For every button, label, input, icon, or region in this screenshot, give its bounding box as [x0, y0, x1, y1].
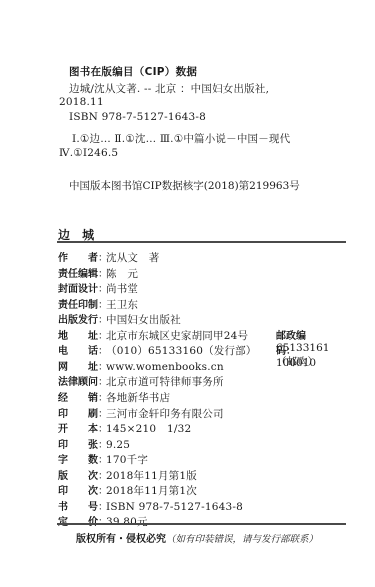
colon: ： — [98, 451, 106, 466]
label-char: 任 — [68, 265, 78, 280]
colophon-row: 出版发行：中国妇女出版社 — [58, 311, 181, 325]
colon: ： — [98, 482, 106, 497]
colophon-value: （010）65133160（发行部） — [106, 343, 257, 358]
label-char: 设 — [78, 280, 88, 295]
colophon-label: 出版发行 — [58, 311, 98, 326]
colophon-label: 地址 — [58, 327, 98, 342]
colon: ： — [98, 389, 106, 404]
top-divider — [57, 241, 346, 243]
colon: ： — [98, 296, 106, 311]
colon: ： — [98, 436, 106, 451]
bottom-divider — [57, 523, 346, 525]
extra-value: 65133161（邮购） — [276, 342, 329, 368]
label-char: 律 — [68, 373, 78, 388]
colophon-value: 145×210 1/32 — [106, 421, 191, 436]
label-char: 字 — [58, 451, 68, 466]
label-char: 责 — [58, 296, 68, 311]
colophon-row: 电话：（010）65133160（发行部）65133161（邮购） — [58, 342, 257, 356]
colophon-label: 责任编辑 — [58, 265, 98, 280]
colophon-value: 9.25 — [106, 439, 130, 451]
colophon-row: 责任印制：王卫东 — [58, 296, 138, 310]
colophon-row: 定价：39.80元 — [58, 513, 148, 527]
copyright-note: （如有印装错误，请与发行部联系） — [166, 534, 318, 545]
colophon-value: 尚书堂 — [106, 281, 138, 296]
colophon-value: 170千字 — [106, 452, 148, 467]
colophon-label: 开本 — [58, 420, 98, 435]
label-char: 数 — [88, 451, 98, 466]
colophon-label: 印张 — [58, 436, 98, 451]
colophon-value: 2018年11月第1版 — [106, 468, 197, 483]
label-char: 号 — [88, 498, 98, 513]
colophon-value: 2018年11月第1次 — [106, 483, 197, 498]
colophon-label: 印次 — [58, 482, 98, 497]
label-char: 印 — [58, 436, 68, 451]
colon: ： — [98, 342, 106, 357]
colophon-value: 沈从文 著 — [106, 250, 160, 265]
colophon-label: 字数 — [58, 451, 98, 466]
colophon-row: 印次：2018年11月第1次 — [58, 482, 197, 496]
colophon-value: 各地新华书店 — [106, 390, 170, 405]
colophon-label: 责任印制 — [58, 296, 98, 311]
colon: ： — [98, 498, 106, 513]
label-char: 顾 — [78, 373, 88, 388]
colophon-row: 印张：9.25 — [58, 436, 130, 450]
colophon-label: 印刷 — [58, 405, 98, 420]
cip-classification-line: Ⅳ.①I246.5 — [59, 147, 118, 159]
colophon-value: 三河市金轩印务有限公司 — [106, 406, 224, 421]
label-char: 销 — [88, 389, 98, 404]
colophon-value: 陈 元 — [106, 266, 138, 281]
colophon-row: 经销：各地新华书店 — [58, 389, 170, 403]
colophon-label: 版次 — [58, 467, 98, 482]
colon: ： — [98, 467, 106, 482]
colophon-label: 经销 — [58, 389, 98, 404]
colon: ： — [98, 265, 106, 280]
label-char: 行 — [88, 311, 98, 326]
colophon-value: 北京市道可特律师事务所 — [106, 374, 224, 389]
copyright-notice: 版权所有・侵权必究（如有印装错误，请与发行部联系） — [76, 530, 318, 545]
label-char: 发 — [78, 311, 88, 326]
label-char: 制 — [88, 296, 98, 311]
label-char: 辑 — [88, 265, 98, 280]
colophon-row: 网址：www.womenbooks.cn — [58, 358, 224, 372]
label-char: 刷 — [88, 405, 98, 420]
label-char: 定 — [58, 513, 68, 528]
label-char: 封 — [58, 280, 68, 295]
colophon-row: 印刷：三河市金轩印务有限公司 — [58, 405, 224, 419]
colon: ： — [98, 280, 106, 295]
label-char: 址 — [88, 358, 98, 373]
colophon-row: 封面设计：尚书堂 — [58, 280, 138, 294]
colophon-label: 书号 — [58, 498, 98, 513]
label-char: 经 — [58, 389, 68, 404]
colon: ： — [98, 513, 106, 528]
cip-heading: 图书在版编目（CIP）数据 — [69, 64, 197, 79]
colophon-value: 中国妇女出版社 — [106, 312, 181, 327]
label-char: 次 — [88, 482, 98, 497]
label-char: 话 — [88, 342, 98, 357]
label-char: 印 — [58, 405, 68, 420]
label-char: 编 — [78, 265, 88, 280]
label-char: 次 — [88, 467, 98, 482]
colophon-label: 封面设计 — [58, 280, 98, 295]
label-char: 址 — [88, 327, 98, 342]
cip-isbn-line: ISBN 978-7-5127-1643-8 — [69, 111, 206, 123]
cip-date-line: 2018.11 — [59, 96, 104, 108]
colon: ： — [98, 373, 106, 388]
label-char: 地 — [58, 327, 68, 342]
colophon-value: 王卫东 — [106, 297, 138, 312]
colophon-label: 作者 — [58, 249, 98, 264]
cip-title-line: 边城/沈从文著. -- 北京 ：中国妇女出版社, — [69, 81, 269, 96]
colophon-label: 电话 — [58, 342, 98, 357]
colophon-label: 法律顾问 — [58, 373, 98, 388]
colophon-row: 版次：2018年11月第1版 — [58, 467, 197, 481]
colophon-label: 定价 — [58, 513, 98, 528]
label-char: 出 — [58, 311, 68, 326]
colophon-row: 法律顾问：北京市道可特律师事务所 — [58, 373, 224, 387]
cip-verification-number: 中国版本图书馆CIP数据核字(2018)第219963号 — [69, 178, 300, 193]
label-char: 作 — [58, 249, 68, 264]
colon: ： — [98, 249, 106, 264]
colophon-row: 作者：沈从文 著 — [58, 249, 160, 263]
colophon-row: 责任编辑：陈 元 — [58, 265, 138, 279]
colophon-value: 39.80元 — [106, 514, 148, 529]
label-char: 版 — [68, 311, 78, 326]
colophon-row: 开本：145×210 1/32 — [58, 420, 191, 434]
colophon-value: ISBN 978-7-5127-1643-8 — [106, 501, 243, 513]
label-char: 印 — [78, 296, 88, 311]
label-char: 版 — [58, 467, 68, 482]
label-char: 价 — [88, 513, 98, 528]
label-char: 问 — [88, 373, 98, 388]
label-char: 张 — [88, 436, 98, 451]
colon: ： — [98, 327, 106, 342]
copyright-main: 版权所有・侵权必究 — [76, 534, 166, 545]
colophon-row: 地址：北京市东城区史家胡同甲24号邮政编码：100010 — [58, 327, 248, 341]
colophon-value: www.womenbooks.cn — [106, 361, 224, 373]
label-char: 计 — [88, 280, 98, 295]
colon: ： — [98, 311, 106, 326]
label-char: 电 — [58, 342, 68, 357]
label-char: 者 — [88, 249, 98, 264]
label-char: 网 — [58, 358, 68, 373]
label-char: 印 — [58, 482, 68, 497]
colon: ： — [98, 420, 106, 435]
colophon-value: 北京市东城区史家胡同甲24号 — [106, 328, 248, 343]
colophon-row: 书号：ISBN 978-7-5127-1643-8 — [58, 498, 243, 512]
colophon-label: 网址 — [58, 358, 98, 373]
colon: ： — [98, 405, 106, 420]
colophon-extra: 65133161（邮购） — [276, 342, 329, 369]
colon: ： — [98, 358, 106, 373]
label-char: 法 — [58, 373, 68, 388]
label-char: 任 — [68, 296, 78, 311]
label-char: 开 — [58, 420, 68, 435]
label-char: 书 — [58, 498, 68, 513]
label-char: 面 — [68, 280, 78, 295]
label-char: 本 — [88, 420, 98, 435]
cip-subject-line: Ⅰ.①边… Ⅱ.①沈… Ⅲ.①中篇小说－中国－现代 — [72, 131, 290, 146]
label-char: 责 — [58, 265, 68, 280]
colophon-row: 字数：170千字 — [58, 451, 148, 465]
